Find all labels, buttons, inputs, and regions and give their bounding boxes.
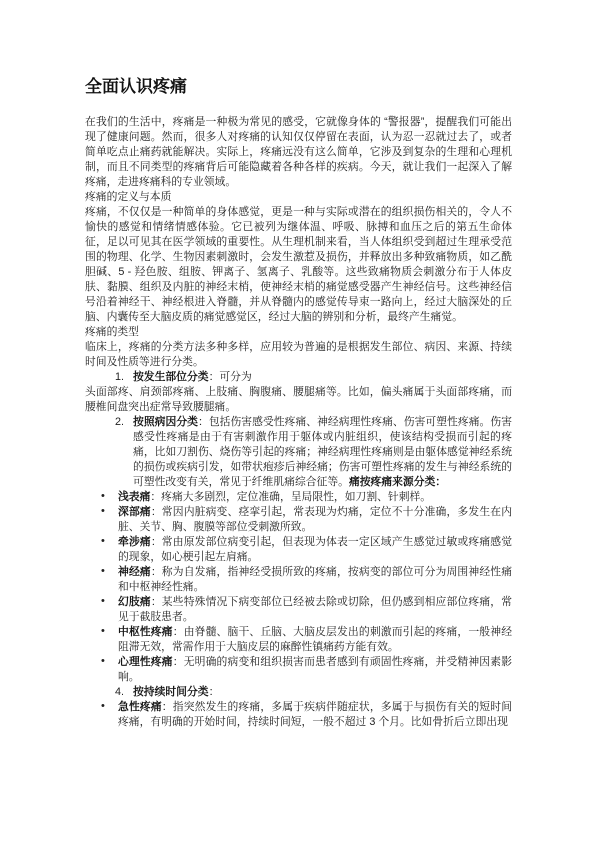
bullet-rest: ：称为自发痛，指神经受损所致的疼痛，按病变的部位可分为周围神经性痛和中枢神经性痛…	[118, 566, 512, 593]
list-item-text: 按发生部位分类：可分为	[133, 371, 252, 383]
list-item-term: 按发生部位分类	[133, 371, 209, 383]
heading-pain-definition: 疼痛的定义与本质	[85, 190, 512, 205]
paragraph-pain-mechanism: 疼痛，不仅仅是一种简单的身体感觉，更是一种与实际或潜在的组织损伤相关的，令人不愉…	[85, 205, 512, 325]
list-number: 1.	[114, 370, 124, 385]
bullet-rest: ：指突然发生的疼痛，多属于疾病伴随症状，多属于与损伤有关的短时间疼痛，有明确的开…	[118, 701, 512, 728]
bullet-superficial-pain: • 浅表痛：疼痛大多剧烈，定位准确，呈局限性，如刀割、针刺样。	[85, 490, 512, 505]
bullet-icon: •	[101, 594, 105, 609]
page-title: 全面认识疼痛	[85, 76, 512, 98]
bullet-rest: ：常因内脏病变、痉挛引起，常表现为灼痛，定位不十分准确，多发生在内脏、关节、胸、…	[118, 506, 512, 533]
bullet-text: 中枢性疼痛：由脊髓、脑干、丘脑、大脑皮层发出的刺激而引起的疼痛，一般神经阻滞无效…	[118, 626, 512, 653]
bullet-term: 急性疼痛	[118, 701, 162, 713]
bullet-rest: ：无明确的病变和组织损害而患者感到有顽固性疼痛，并受精神因素影响。	[118, 656, 512, 683]
bullet-term: 中枢性疼痛	[118, 626, 173, 638]
list-item-text: 按持续时间分类：	[133, 686, 219, 698]
bullet-text: 急性疼痛：指突然发生的疼痛，多属于疾病伴随症状，多属于与损伤有关的短时间疼痛，有…	[118, 701, 512, 728]
bullet-text: 浅表痛：疼痛大多剧烈，定位准确，呈局限性，如刀割、针刺样。	[118, 491, 431, 503]
bullet-icon: •	[101, 564, 105, 579]
bullet-term: 牵涉痛	[118, 536, 151, 548]
list-item-tail-term: 痛按疼痛来源分类：	[349, 476, 446, 488]
bullet-rest: ：某些特殊情况下病变部位已经被去除或切除，但仍感到相应部位疼痛，常见于截肢患者。	[118, 596, 512, 623]
bullet-term: 深部痛	[118, 506, 151, 518]
list-number: 4.	[114, 685, 124, 700]
bullet-term: 浅表痛	[118, 491, 150, 503]
paragraph-location-examples: 头面部疼、肩颈部疼痛、上肢痛、胸腹痛、腰腿痛等。比如，偏头痛属于头面部疼痛，而腰…	[85, 385, 512, 415]
bullet-term: 神经痛	[118, 566, 151, 578]
bullet-icon: •	[101, 624, 105, 639]
list-item-rest: ：	[209, 686, 220, 698]
heading-pain-types: 疼痛的类型	[85, 325, 512, 340]
document-page: 全面认识疼痛 在我们的生活中，疼痛是一种极为常见的感受，它就像身体的 “警报器”…	[85, 76, 512, 730]
bullet-neuralgia: • 神经痛：称为自发痛，指神经受损所致的疼痛，按病变的部位可分为周围神经性痛和中…	[85, 565, 512, 595]
bullet-term: 幻肢痛	[118, 596, 151, 608]
list-item-by-duration: 4. 按持续时间分类：	[85, 685, 512, 700]
bullet-term: 心理性疼痛	[118, 656, 173, 668]
list-item-term: 按持续时间分类	[133, 686, 209, 698]
bullet-text: 心理性疼痛：无明确的病变和组织损害而患者感到有顽固性疼痛，并受精神因素影响。	[118, 656, 512, 683]
list-item-by-cause: 2. 按照病因分类：包括伤害感受性疼痛、神经病理性疼痛、伤害可塑性疼痛。伤害感受…	[85, 415, 512, 490]
bullet-icon: •	[101, 654, 105, 669]
list-item-term: 按照病因分类	[133, 416, 198, 428]
bullet-acute-pain: • 急性疼痛：指突然发生的疼痛，多属于疾病伴随症状，多属于与损伤有关的短时间疼痛…	[85, 700, 512, 730]
bullet-rest: ：疼痛大多剧烈，定位准确，呈局限性，如刀割、针刺样。	[150, 491, 431, 503]
bullet-referred-pain: • 牵涉痛：常由原发部位病变引起，但表现为体表一定区域产生感觉过敏或疼痛感觉的现…	[85, 535, 512, 565]
bullet-icon: •	[101, 504, 105, 519]
list-item-by-location: 1. 按发生部位分类：可分为	[85, 370, 512, 385]
bullet-text: 深部痛：常因内脏病变、痉挛引起，常表现为灼痛，定位不十分准确，多发生在内脏、关节…	[118, 506, 512, 533]
bullet-icon: •	[101, 699, 105, 714]
bullet-text: 神经痛：称为自发痛，指神经受损所致的疼痛，按病变的部位可分为周围神经性痛和中枢神…	[118, 566, 512, 593]
bullet-text: 幻肢痛：某些特殊情况下病变部位已经被去除或切除，但仍感到相应部位疼痛，常见于截肢…	[118, 596, 512, 623]
bullet-phantom-limb-pain: • 幻肢痛：某些特殊情况下病变部位已经被去除或切除，但仍感到相应部位疼痛，常见于…	[85, 595, 512, 625]
list-item-rest: ：可分为	[209, 371, 252, 383]
list-item-text: 按照病因分类：包括伤害感受性疼痛、神经病理性疼痛、伤害可塑性疼痛。伤害感受性疼痛…	[133, 416, 512, 488]
bullet-deep-pain: • 深部痛：常因内脏病变、痉挛引起，常表现为灼痛，定位不十分准确，多发生在内脏、…	[85, 505, 512, 535]
list-number: 2.	[114, 415, 124, 430]
intro-paragraph: 在我们的生活中，疼痛是一种极为常见的感受，它就像身体的 “警报器”，提醒我们可能…	[85, 115, 512, 190]
bullet-icon: •	[101, 534, 105, 549]
bullet-text: 牵涉痛：常由原发部位病变引起，但表现为体表一定区域产生感觉过敏或疼痛感觉的现象，…	[118, 536, 512, 563]
bullet-central-pain: • 中枢性疼痛：由脊髓、脑干、丘脑、大脑皮层发出的刺激而引起的疼痛，一般神经阻滞…	[85, 625, 512, 655]
bullet-rest: ：由脊髓、脑干、丘脑、大脑皮层发出的刺激而引起的疼痛，一般神经阻滞无效，常需作用…	[118, 626, 512, 653]
bullet-rest: ：常由原发部位病变引起，但表现为体表一定区域产生感觉过敏或疼痛感觉的现象，如心梗…	[118, 536, 512, 563]
paragraph-classification-intro: 临床上，疼痛的分类方法多种多样，应用较为普遍的是根据发生部位、病因、来源、持续时…	[85, 340, 512, 370]
bullet-psychogenic-pain: • 心理性疼痛：无明确的病变和组织损害而患者感到有顽固性疼痛，并受精神因素影响。	[85, 655, 512, 685]
bullet-icon: •	[101, 489, 105, 504]
